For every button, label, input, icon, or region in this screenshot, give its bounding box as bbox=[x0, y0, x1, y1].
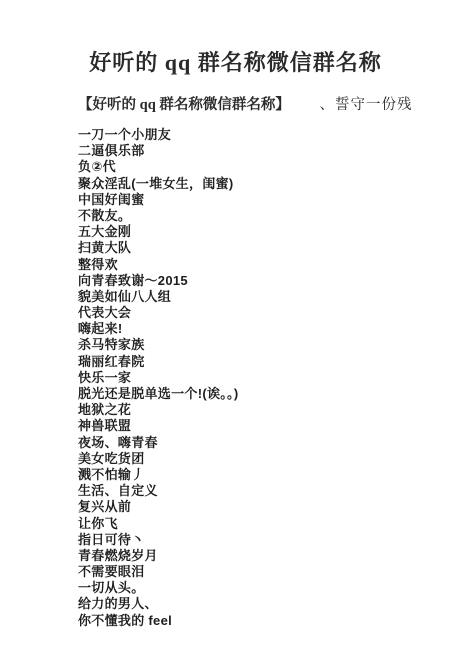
list-item: 青春燃烧岁月 bbox=[78, 548, 425, 564]
list-item: 夜场、嗨青春 bbox=[78, 435, 425, 451]
list-item: 美女吃货团 bbox=[78, 451, 425, 467]
list-item: 代表大会 bbox=[78, 305, 425, 321]
list-item: 让你飞 bbox=[78, 516, 425, 532]
list-item: 中国好闺蜜 bbox=[78, 192, 425, 208]
list-item: 五大金刚 bbox=[78, 224, 425, 240]
group-name-list: 一刀一个小朋友二逼俱乐部负②代聚众淫乱(一堆女生，闺蜜)中国好闺蜜不散友。五大金… bbox=[78, 127, 425, 629]
subtitle-bracketed-title: 【好听的 qq 群名称微信群名称】 bbox=[78, 97, 290, 113]
list-item: 向青春致谢～2015 bbox=[78, 273, 425, 289]
list-item: 地狱之花 bbox=[78, 402, 425, 418]
list-item: 指日可待丶 bbox=[78, 532, 425, 548]
list-item: 不散友。 bbox=[78, 208, 425, 224]
list-item: 不需要眼泪 bbox=[78, 564, 425, 580]
list-item: 快乐一家 bbox=[78, 370, 425, 386]
list-item: 聚众淫乱(一堆女生，闺蜜) bbox=[78, 176, 425, 192]
list-item: 嗨起来! bbox=[78, 321, 425, 337]
list-item: 脱光还是脱单选一个!(诶。。) bbox=[78, 386, 425, 402]
list-item: 神兽联盟 bbox=[78, 418, 425, 434]
document-page: 好听的 qq 群名称微信群名称 【好听的 qq 群名称微信群名称】 、誓守一份残… bbox=[0, 0, 471, 667]
subtitle-suffix: 、誓守一份残 bbox=[320, 97, 413, 113]
list-item: 二逼俱乐部 bbox=[78, 143, 425, 159]
list-item: 瑞丽红春院 bbox=[78, 354, 425, 370]
subtitle-row: 【好听的 qq 群名称微信群名称】 、誓守一份残 bbox=[78, 93, 425, 114]
list-item: 貌美如仙八人组 bbox=[78, 289, 425, 305]
list-item: 给力的男人、 bbox=[78, 596, 425, 612]
list-item: 一刀一个小朋友 bbox=[78, 127, 425, 143]
list-item: 复兴从前 bbox=[78, 499, 425, 515]
list-item: 整得欢 bbox=[78, 257, 425, 273]
list-item: 你不懂我的 feel bbox=[78, 613, 425, 629]
list-item: 扫黄大队 bbox=[78, 240, 425, 256]
list-item: 一切从头。 bbox=[78, 580, 425, 596]
page-title: 好听的 qq 群名称微信群名称 bbox=[46, 46, 425, 77]
list-item: 负②代 bbox=[78, 159, 425, 175]
list-item: 生活、自定义 bbox=[78, 483, 425, 499]
list-item: 溅不怕输丿 bbox=[78, 467, 425, 483]
list-item: 杀马特家族 bbox=[78, 337, 425, 353]
